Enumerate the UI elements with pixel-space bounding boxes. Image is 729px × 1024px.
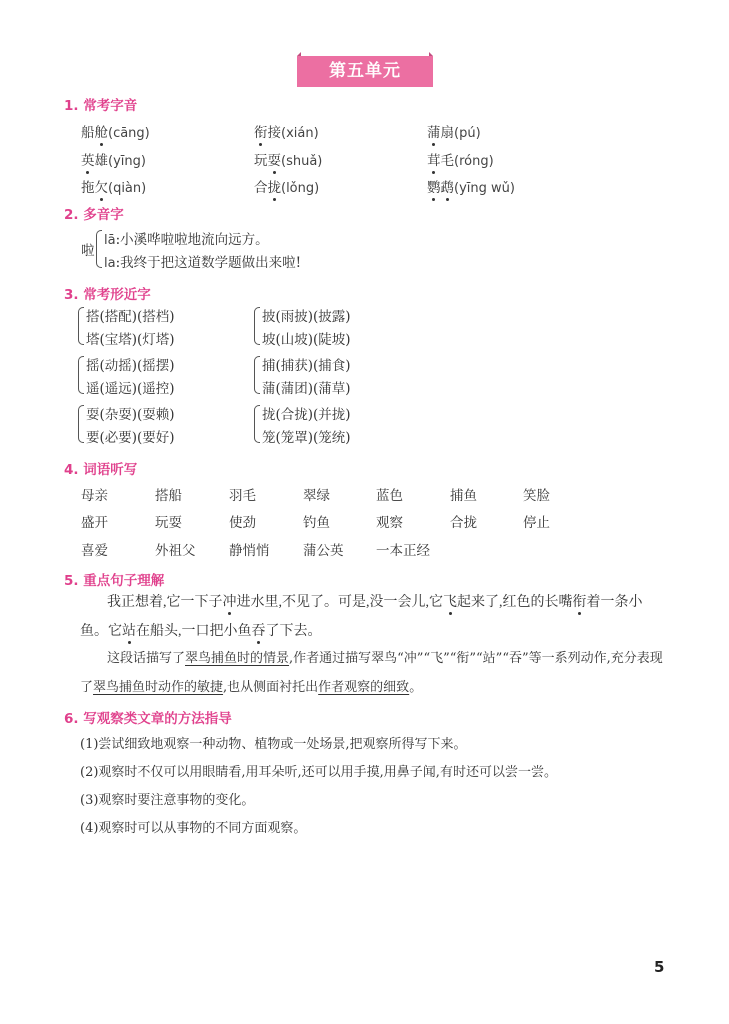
pronunciation-item: 合拢(lǒng) — [254, 176, 319, 196]
similar-char-line: 坡(山坡)(陡坡) — [262, 328, 351, 348]
pronunciation-item: 蒲扇(pú) — [427, 121, 481, 141]
section-title-similar-chars: 3. 常考形近字 — [64, 283, 151, 303]
dictation-word: 玩耍 — [155, 511, 182, 531]
underlined-keyphrase: 翠鸟捕鱼时动作的敏捷 — [93, 680, 223, 695]
similar-char-group: 搭(搭配)(搭档)塔(宝塔)(灯塔) — [78, 305, 218, 349]
dictation-word: 钓鱼 — [303, 511, 330, 531]
dictation-word: 羽毛 — [229, 484, 256, 504]
pronunciation-item: 船舱(cāng) — [81, 121, 150, 141]
dictation-word: 笑脸 — [523, 484, 550, 504]
similar-char-group: 披(雨披)(披露)坡(山坡)(陡坡) — [254, 305, 394, 349]
brace-icon — [254, 307, 260, 345]
similar-char-line: 要(必要)(要好) — [86, 426, 175, 446]
dictation-word: 观察 — [376, 511, 403, 531]
guide-item: (1)尝试细致地观察一种动物、植物或一处场景,把观察所得写下来。 — [80, 733, 467, 752]
similar-char-group: 捕(捕获)(捕食)蒲(蒲团)(蒲草) — [254, 354, 394, 398]
pronunciation-item: 茸毛(róng) — [427, 149, 494, 169]
dictation-word: 母亲 — [81, 484, 108, 504]
similar-char-line: 拢(合拢)(并拢) — [262, 403, 351, 423]
similar-char-line: 笼(笼罩)(笼统) — [262, 426, 351, 446]
dictation-word: 外祖父 — [155, 539, 196, 559]
page-number: 5 — [654, 958, 664, 976]
dictation-word: 蒲公英 — [303, 539, 344, 559]
guide-item: (4)观察时可以从事物的不同方面观察。 — [80, 817, 306, 836]
similar-char-line: 耍(杂耍)(耍赖) — [86, 403, 175, 423]
pronunciation-item: 衔接(xián) — [254, 121, 319, 141]
section-title-observation-guide: 6. 写观察类文章的方法指导 — [64, 707, 232, 727]
dictation-word: 蓝色 — [376, 484, 403, 504]
similar-char-line: 遥(遥远)(遥控) — [86, 377, 175, 397]
similar-char-line: 摇(动摇)(摇摆) — [86, 354, 175, 374]
reading-la1: lā:小溪哗啦啦地流向远方。 — [104, 228, 269, 248]
pronunciation-item: 英雄(yīng) — [81, 149, 146, 169]
pronunciation-item: 鹦鹉(yīng wǔ) — [427, 176, 515, 196]
section-title-polyphonic: 2. 多音字 — [64, 203, 124, 223]
brace-icon — [78, 405, 84, 443]
key-sentence-quote: 我正想着,它一下子冲进水里,不见了。可是,没一会儿,它飞起来了,红色的长嘴衔着一… — [80, 588, 670, 646]
dictation-word: 静悄悄 — [229, 539, 270, 559]
dictation-word: 搭船 — [155, 484, 182, 504]
similar-char-line: 塔(宝塔)(灯塔) — [86, 328, 175, 348]
similar-char-group: 拢(合拢)(并拢)笼(笼罩)(笼统) — [254, 403, 394, 447]
section-title-dictation: 4. 词语听写 — [64, 458, 137, 478]
dictation-word: 喜爱 — [81, 539, 108, 559]
brace-icon — [96, 230, 102, 268]
similar-char-group: 摇(动摇)(摇摆)遥(遥远)(遥控) — [78, 354, 218, 398]
section-title-pronunciation: 1. 常考字音 — [64, 94, 137, 114]
section-title-key-sentence: 5. 重点句子理解 — [64, 569, 164, 589]
similar-char-group: 耍(杂耍)(耍赖)要(必要)(要好) — [78, 403, 218, 447]
guide-item: (3)观察时要注意事物的变化。 — [80, 789, 254, 808]
similar-char-line: 捕(捕获)(捕食) — [262, 354, 351, 374]
brace-icon — [254, 356, 260, 394]
pronunciation-item: 玩耍(shuǎ) — [254, 149, 322, 169]
similar-char-line: 搭(搭配)(搭档) — [86, 305, 175, 325]
polyphonic-readings: lā:小溪哗啦啦地流向远方。 la:我终于把这道数学题做出来啦! — [96, 228, 356, 272]
dictation-word: 合拢 — [450, 511, 477, 531]
reading-la: la:我终于把这道数学题做出来啦! — [104, 251, 301, 271]
dictation-word: 使劲 — [229, 511, 256, 531]
pronunciation-item: 拖欠(qiàn) — [81, 176, 146, 196]
polyphonic-char: 啦 — [81, 239, 95, 259]
guide-item: (2)观察时不仅可以用眼睛看,用耳朵听,还可以用手摸,用鼻子闻,有时还可以尝一尝… — [80, 761, 557, 780]
key-sentence-analysis: 这段话描写了翠鸟捕鱼时的情景,作者通过描写翠鸟“冲”“飞”“衔”“站”“吞”等一… — [80, 644, 670, 702]
dictation-word: 一本正经 — [376, 539, 430, 559]
underlined-keyphrase: 翠鸟捕鱼时的情景 — [185, 651, 289, 666]
brace-icon — [78, 356, 84, 394]
similar-char-line: 蒲(蒲团)(蒲草) — [262, 377, 351, 397]
dictation-word: 翠绿 — [303, 484, 330, 504]
underlined-keyphrase: 作者观察的细致 — [318, 680, 409, 695]
dictation-word: 停止 — [523, 511, 550, 531]
dictation-word: 捕鱼 — [450, 484, 477, 504]
brace-icon — [78, 307, 84, 345]
brace-icon — [254, 405, 260, 443]
similar-char-line: 披(雨披)(披露) — [262, 305, 351, 325]
dictation-word: 盛开 — [81, 511, 108, 531]
unit-title-banner: 第五单元 — [297, 56, 433, 87]
